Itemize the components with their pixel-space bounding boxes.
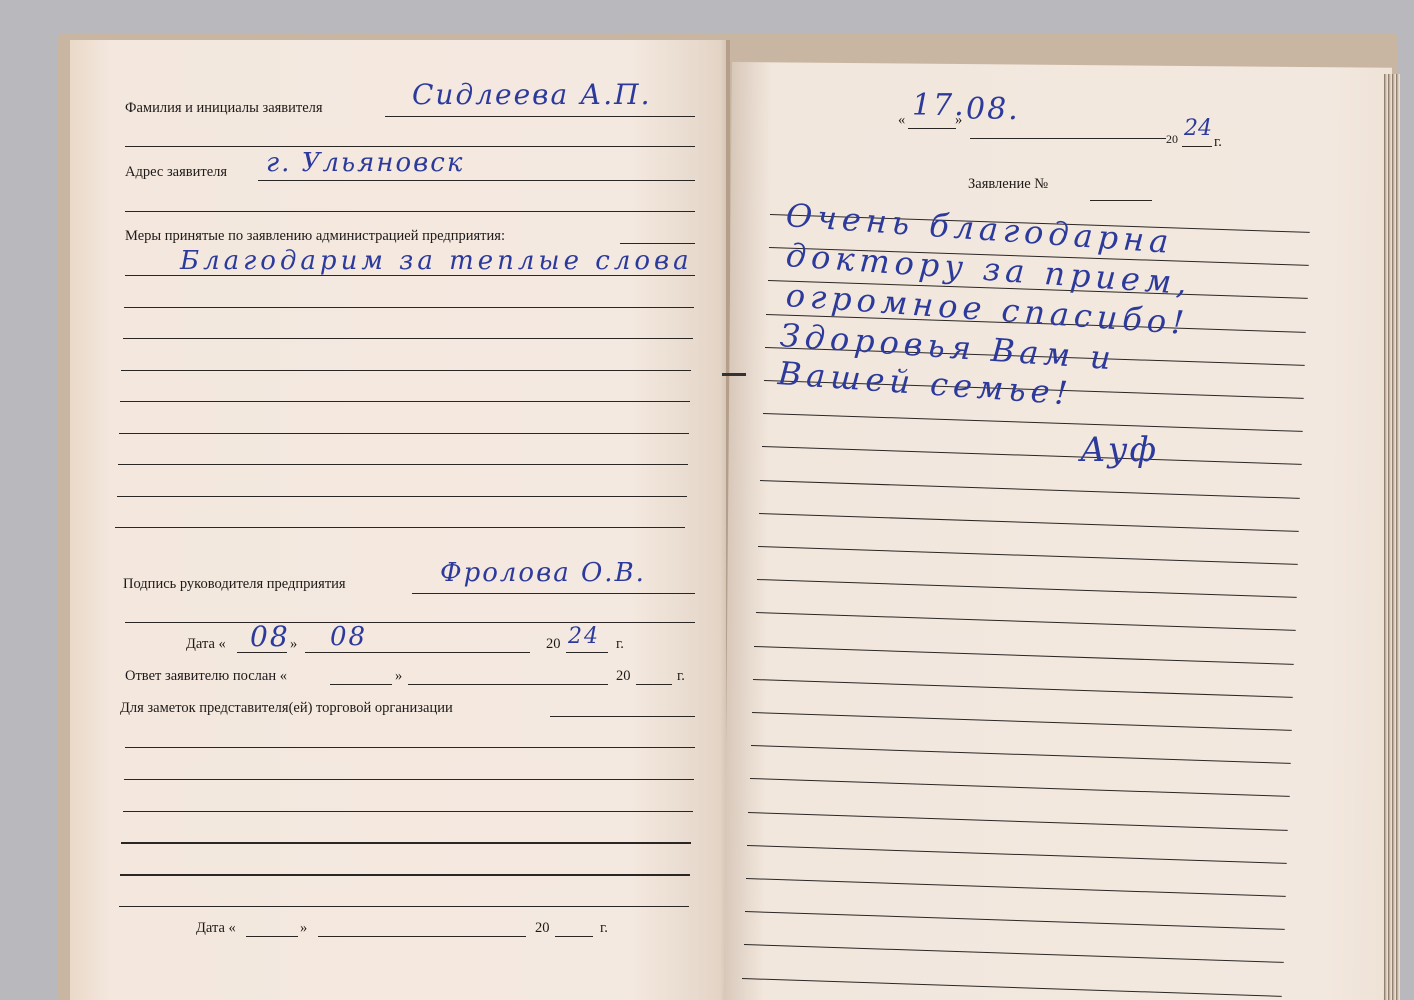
response-month-line: [408, 684, 608, 685]
rule-line: [118, 464, 688, 465]
notes-year-prefix: 20: [535, 920, 550, 937]
rule-line: [125, 275, 695, 276]
address-value[interactable]: г. Ульяновск: [266, 148, 464, 178]
response-suffix: г.: [677, 668, 685, 685]
measures-value[interactable]: Благодарим за теплые слова: [180, 246, 693, 276]
right-year-value[interactable]: 24: [1184, 116, 1212, 141]
rule-line: [121, 842, 691, 843]
rule-line: [124, 307, 694, 308]
date-day-value[interactable]: 08: [250, 620, 290, 653]
notes-line: [550, 716, 695, 717]
response-label: Ответ заявителю послан «: [125, 668, 287, 685]
right-year-prefix: 20: [1166, 132, 1178, 147]
date-year-prefix: 20: [546, 636, 561, 653]
right-year-line: [1182, 146, 1212, 147]
address-line: [258, 180, 695, 181]
rule-line: [120, 874, 690, 875]
rule-line: [123, 811, 693, 812]
date-year-value[interactable]: 24: [568, 624, 600, 649]
rule-line: [124, 779, 694, 780]
applicant-signature[interactable]: Ауф: [1080, 430, 1158, 470]
rule-line: [125, 211, 695, 212]
rule-line: [125, 747, 695, 748]
date-month-value[interactable]: 08: [330, 622, 367, 652]
right-date-close-quote: »: [955, 112, 962, 129]
manager-signature-label: Подпись руководителя предприятия: [123, 576, 346, 593]
manager-signature-line: [412, 593, 695, 594]
date-year-line: [566, 652, 608, 653]
rule-line: [120, 401, 690, 402]
rule-line: [121, 370, 691, 371]
rule-line: [123, 338, 693, 339]
notes-date-month-line: [318, 936, 526, 937]
right-year-suffix: г.: [1214, 134, 1222, 151]
applicant-name-value[interactable]: Сидлеева А.П.: [412, 78, 652, 111]
binding-stitch: [722, 373, 746, 376]
rule-line: [115, 527, 685, 528]
response-close-quote: »: [395, 668, 402, 685]
page-edges: [1384, 74, 1400, 1000]
date-suffix: г.: [616, 636, 624, 653]
notes-year-line: [555, 936, 593, 937]
date-label: Дата «: [186, 636, 226, 653]
response-year-prefix: 20: [616, 668, 631, 685]
rule-line: [117, 496, 687, 497]
applicant-name-line: [385, 116, 695, 117]
statement-number-line: [1090, 200, 1152, 201]
measures-label: Меры принятые по заявлению администрацие…: [125, 228, 505, 245]
right-date-open-quote: «: [898, 112, 905, 129]
date-month-line: [305, 652, 530, 653]
left-page: [70, 40, 730, 1000]
address-label: Адрес заявителя: [125, 164, 227, 181]
rule-line: [125, 622, 695, 623]
response-year-line: [636, 684, 672, 685]
manager-signature-value[interactable]: Фролова О.В.: [440, 558, 646, 588]
right-date-month-line: [970, 138, 1166, 139]
notes-date-label: Дата «: [196, 920, 236, 937]
date-close-quote: »: [290, 636, 297, 653]
response-day-line: [330, 684, 392, 685]
rule-line: [119, 906, 689, 907]
right-date-month-value[interactable]: 08.: [966, 92, 1020, 127]
notes-date-day-line: [246, 936, 298, 937]
applicant-name-label: Фамилия и инициалы заявителя: [125, 100, 323, 117]
notes-label: Для заметок представителя(ей) торговой о…: [120, 700, 453, 717]
statement-number-label: Заявление №: [968, 176, 1048, 193]
notes-suffix: г.: [600, 920, 608, 937]
measures-line: [620, 243, 695, 244]
notes-date-close-quote: »: [300, 920, 307, 937]
right-date-day-line: [908, 128, 956, 129]
rule-line: [119, 433, 689, 434]
